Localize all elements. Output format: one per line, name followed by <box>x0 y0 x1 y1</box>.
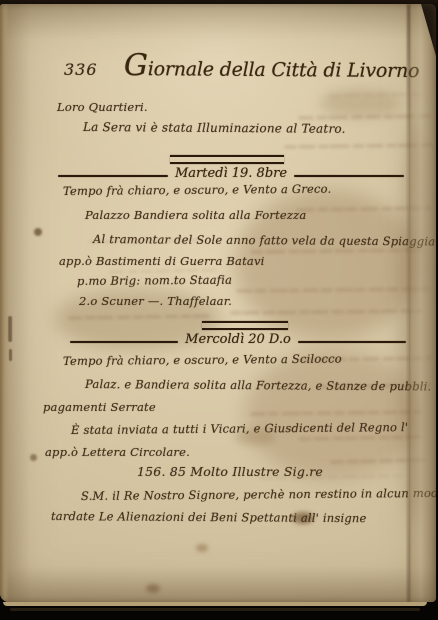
illumination-note: La Sera vi è stata Illuminazione al Teat… <box>83 121 346 136</box>
paper-stain <box>245 349 420 479</box>
next-page-edge <box>409 4 436 602</box>
entry-line: app.ò Bastimenti di Guerra Batavi <box>59 255 265 268</box>
entry-line: pagamenti Serrate <box>43 401 156 414</box>
page-stack-edge <box>3 602 427 606</box>
page-number: 336 <box>64 60 98 79</box>
entry-line: 2.o Scuner —. Thaffelaar. <box>79 295 232 308</box>
ink-spot <box>30 454 37 461</box>
entry-2-date-heading: Mercoldì 20 D.o <box>70 334 406 349</box>
paper-stain <box>320 89 400 117</box>
entry-2-date: Mercoldì 20 D.o <box>178 332 298 347</box>
section-separator <box>170 155 284 164</box>
entry-line: È stata inviata a tutti i Vicari, e Gius… <box>71 421 408 437</box>
manuscript-page: 336 Giornale della Città di Livorno Loro… <box>0 4 436 602</box>
entry-line: Palaz. e Bandiera solita alla Fortezza, … <box>85 378 431 393</box>
entry-1-date: Martedì 19. 8bre <box>168 166 294 181</box>
letter-line: S.M. il Re Nostro Signore, perchè non re… <box>81 487 436 503</box>
page-fold-line <box>407 4 410 602</box>
ink-spot <box>196 544 208 552</box>
continuation-note: Loro Quartieri. <box>57 101 148 114</box>
ink-spot <box>146 584 160 593</box>
entry-line: p.mo Brig: nom.to Staafia <box>77 274 232 288</box>
entry-line: app.ò Lettera Circolare. <box>45 446 190 459</box>
binding-edge <box>0 4 9 602</box>
entry-1-date-heading: Martedì 19. 8bre <box>58 168 404 183</box>
page-stack-edge <box>10 608 420 611</box>
section-separator <box>202 321 288 330</box>
page-title: Giornale della Città di Livorno <box>124 48 420 85</box>
ink-spot <box>34 228 42 236</box>
scanner-background: 336 Giornale della Città di Livorno Loro… <box>0 0 438 620</box>
date-rule-left <box>70 341 178 343</box>
binding-mark <box>9 349 12 361</box>
letter-line: tardate Le Alienazioni dei Beni Spettant… <box>51 510 367 525</box>
entry-line: Tempo frà chiaro, e oscuro, e Vento a Sc… <box>63 353 342 368</box>
reference-number-line: 156. 85 Molto Illustre Sig.re <box>137 465 323 478</box>
entry-line: Tempo frà chiaro, e oscuro, e Vento a Gr… <box>63 183 332 198</box>
date-rule-right <box>298 341 406 343</box>
entry-line: Al tramontar del Sole anno fatto vela da… <box>93 233 436 248</box>
date-rule-right <box>294 175 404 177</box>
entry-line: Palazzo Bandiera solita alla Fortezza <box>85 209 307 222</box>
date-rule-left <box>58 175 168 177</box>
